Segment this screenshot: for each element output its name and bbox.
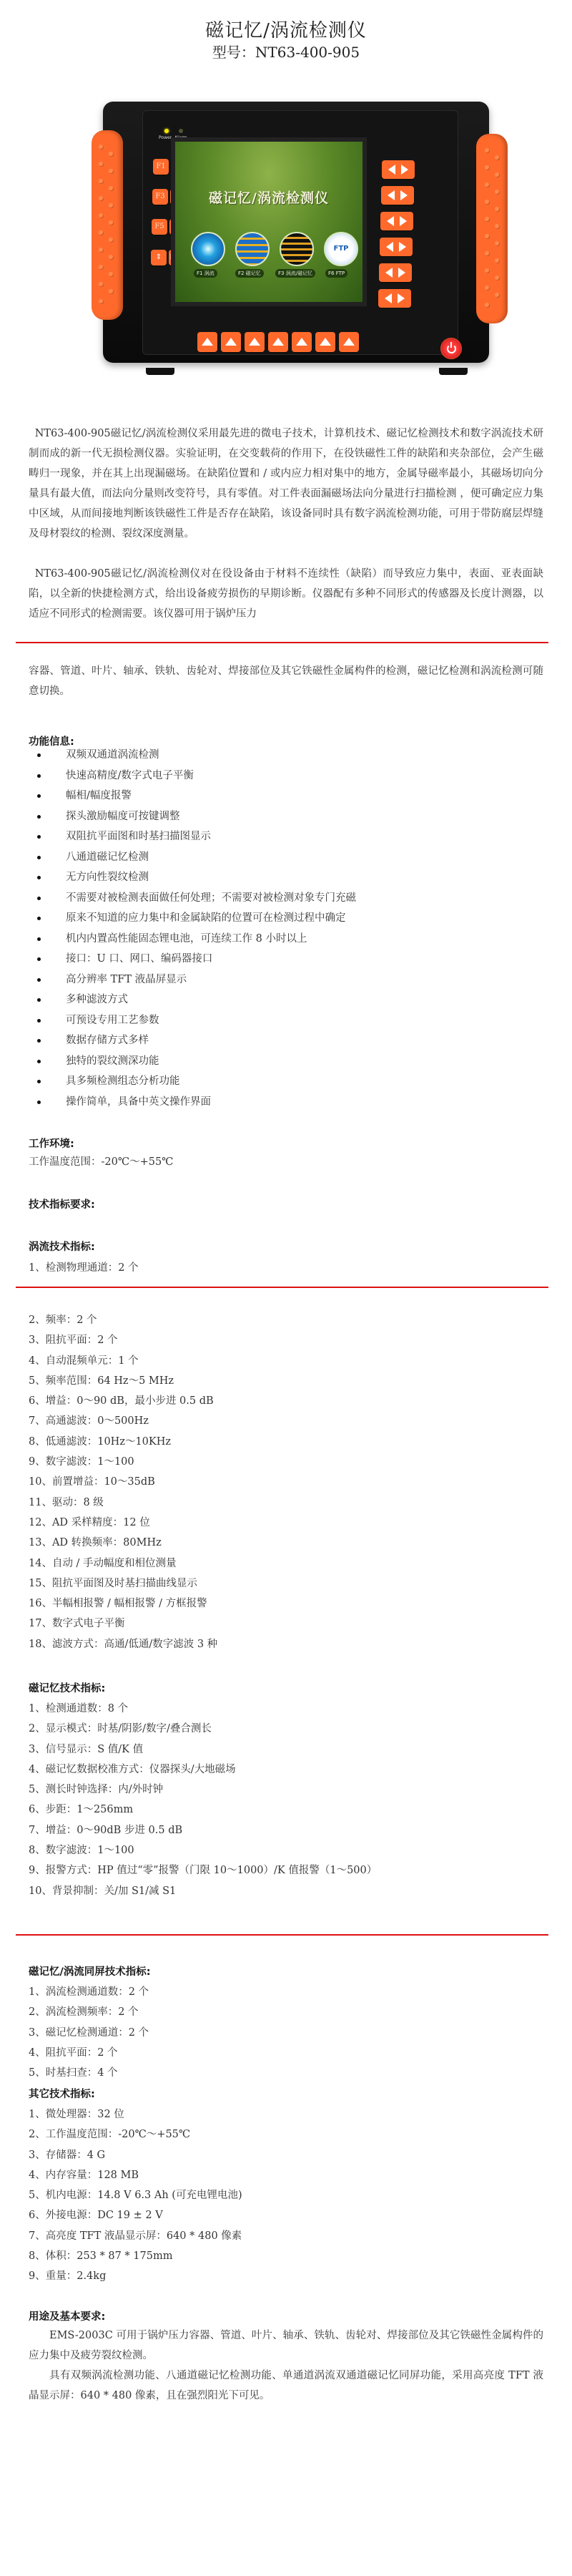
intro-paragraph-2: NT63-400-905磁记忆/涡流检测仪对在役设备由于材料不连续性（缺陷）而导… [29,564,543,624]
arrow-right-icon [398,293,405,303]
list-item: 数据存储方式多样 [29,1030,529,1051]
list-item: 幅相/幅度报警 [29,786,529,806]
list-item: 双频双通道涡流检测 [29,745,529,766]
spec-item: 4、阻抗平面：2 个 [29,2043,529,2063]
alarm-led-icon [179,129,183,133]
grip-dot [99,179,103,183]
spec-item: 17、数字式电子平衡 [29,1614,529,1634]
divider [16,642,548,643]
device-screen: 磁记忆/涡流检测仪 FTP F1 涡流 F2 磁记忆 F3 涡流/磁记忆 F6 … [171,137,367,306]
f3-key[interactable]: F3 [152,189,168,205]
list-item: 可预设专用工艺参数 [29,1010,529,1031]
list-item: 不需要对被检测表面做任何处理；不需要对被检测对象专门充磁 [29,888,529,909]
spec-item: 3、信号显示：S 值/K 值 [29,1740,543,1760]
spec-item: 14、自动 / 手动幅度和相位测量 [29,1553,529,1574]
grip-dot [99,282,103,286]
grip-dot [109,238,113,242]
arrow-right-icon [398,268,405,278]
arrow-up-icon [249,338,260,346]
grip-dot [495,155,499,160]
list-item: 多种滤波方式 [29,990,529,1010]
intro-paragraph-3: 容器、管道、叶片、轴承、铁轨、齿轮对、焊接部位及其它铁磁性金属构件的检测，磁记忆… [29,661,543,701]
left-right-key[interactable] [379,263,412,282]
intro-paragraph-1: NT63-400-905磁记忆/涡流检测仪采用最先进的微电子技术，计算机技术、磁… [29,424,543,544]
soft-key-4[interactable] [268,332,288,352]
usage-paragraph-2: 具有双频涡流检测功能、八通道磁记忆检测功能、单通道涡流双通道磁记忆同屏功能，采用… [29,2366,543,2406]
spec-item: 18、滤波方式：高通/低通/数字滤波 3 种 [29,1634,529,1654]
list-item: 原来不知道的应力集中和金属缺陷的位置可在检测过程中确定 [29,908,529,929]
power-led-label: Power [159,135,172,140]
spec-item: 15、阻抗平面图及时基扫描曲线显示 [29,1574,529,1594]
spec-item: 16、半幅相报警 / 幅相报警 / 方框报警 [29,1594,529,1614]
arrow-right-icon [399,242,406,252]
environment-heading: 工作环境: [29,1136,74,1151]
divider [16,1934,548,1936]
ftp-globe-icon[interactable]: FTP [324,232,358,266]
grip-dot [99,196,103,200]
grip-dot [99,162,103,166]
arrow-left-icon [388,165,395,175]
spec-item: 1、检测通道数：8 个 [29,1699,543,1719]
up-down-key-icon[interactable]: ⇕ [151,250,167,265]
spec-item: 5、机内电源：14.8 V 6.3 Ah (可充电锂电池) [29,2185,529,2205]
grip-dot [495,207,499,211]
grip-dot [495,190,499,194]
list-item: 八通道磁记忆检测 [29,847,529,868]
grip-dot [109,203,113,208]
list-item: 接口：U 口、网口、编码器接口 [29,949,529,970]
list-item: 操作简单，具备中英文操作界面 [29,1092,529,1113]
f5-key[interactable]: F5 [152,219,167,235]
page-title: 磁记忆/涡流检测仪 [0,16,572,42]
grip-dot [485,234,489,238]
spec-item: 7、增益：0～90dB 步进 0.5 dB [29,1820,543,1840]
soft-key-2[interactable] [221,332,241,352]
spec-item: 3、阻抗平面：2 个 [29,1330,529,1350]
divider [16,1287,548,1288]
spec-item: 11、驱动：8 级 [29,1493,529,1513]
spec-item: 12、AD 采样精度：12 位 [29,1513,529,1533]
soft-key-6[interactable] [315,332,335,352]
arrow-up-icon [320,338,331,346]
grip-dot [485,200,489,204]
left-right-key[interactable] [381,186,414,205]
spec-item: 2、频率：2 个 [29,1310,529,1330]
mode-label-eddy: F1 涡流 [194,269,217,278]
soft-key-5[interactable] [292,332,312,352]
grip-dot [485,286,489,290]
spec-item: 8、低通滤波：10Hz～10KHz [29,1432,529,1452]
spec-item: 7、高通滤波：0～500Hz [29,1411,529,1431]
spec-item: 3、存储器：4 G [29,2145,529,2165]
list-item: 探头激励幅度可按键调整 [29,806,529,827]
grip-dot [109,169,113,173]
spec-item: 3、磁记忆检测通道：2 个 [29,2023,529,2043]
spec-item: 9、数字滤波：1～100 [29,1452,529,1472]
arrow-up-icon [225,338,237,346]
device-foot [146,368,174,375]
eddy-specs-heading: 涡流技术指标: [29,1239,95,1254]
mode-label-magnetic: F2 磁记忆 [235,269,264,278]
usage-heading: 用途及基本要求: [29,2308,105,2323]
grip-dot [485,251,489,255]
left-right-key[interactable] [380,238,413,256]
grip-dot [99,213,103,218]
arrow-up-icon [296,338,307,346]
list-item: 无方向性裂纹检测 [29,867,529,888]
spec-item: 4、自动混频单元：1 个 [29,1351,529,1371]
grip-dot [495,293,499,297]
grip-dot [99,248,103,252]
spec-item: 6、步距：1～256mm [29,1800,543,1820]
grip-dot [485,148,489,152]
grip-dot [109,272,113,276]
grip-dot [495,241,499,245]
spec-item: 1、检测物理通道：2 个 [29,1258,139,1278]
f1-key[interactable]: F1 [153,159,169,175]
other-specs-heading: 其它技术指标: [29,2086,95,2101]
grip-dot [485,217,489,221]
spec-item: 8、体积：253 * 87 * 175mm [29,2246,529,2266]
grip-dot [485,303,489,307]
grip-dot [109,289,113,293]
arrow-up-icon [343,338,355,346]
left-right-key[interactable] [378,289,411,308]
list-item: 独特的裂纹测深功能 [29,1051,529,1072]
magnetic-specs-heading: 磁记忆技术指标: [29,1680,105,1695]
eddy-specs-list: 2、频率：2 个 3、阻抗平面：2 个 4、自动混频单元：1 个 5、频率范围：… [29,1310,529,1654]
grip-dot [109,255,113,259]
grip-dot [495,172,499,177]
mode-label-combined: F3 涡流/磁记忆 [275,269,315,278]
list-item: 机内内置高性能固态锂电池，可连续工作 8 小时以上 [29,929,529,950]
left-right-key[interactable] [380,212,413,230]
grip-dot [109,220,113,225]
spec-item: 1、微处理器：32 位 [29,2104,529,2124]
grip-dot [99,299,103,303]
spec-item: 2、工作温度范围：-20℃～+55℃ [29,2124,529,2145]
screen-title: 磁记忆/涡流检测仪 [175,187,363,207]
soft-key-1[interactable] [197,332,217,352]
device-foot [439,368,468,375]
spec-item: 5、频率范围：64 Hz～5 MHz [29,1371,529,1391]
left-right-key[interactable] [382,160,415,179]
device-image: Power Alarm F1 F2 F3 F4 F5 F6 ⇕ ESC 磁记忆/… [92,94,506,374]
soft-key-7[interactable] [339,332,359,352]
arrow-left-icon [385,293,392,303]
operating-temperature: 工作温度范围：-20℃～+55℃ [29,1152,173,1172]
grip-dot [99,230,103,235]
spec-item: 5、时基扫查：4 个 [29,2063,529,2083]
arrow-left-icon [387,216,394,226]
arrow-left-icon [388,190,395,200]
soft-key-3[interactable] [245,332,265,352]
arrow-right-icon [400,190,408,200]
vortex-icon[interactable] [191,232,225,266]
spec-item: 2、显示模式：时基/阴影/数字/叠合测长 [29,1719,543,1739]
dual-screen-specs-heading: 磁记忆/涡流同屏技术指标: [29,1963,151,1979]
spec-item: 7、高亮度 TFT 液晶显示屏：640 * 480 像素 [29,2226,529,2246]
dual-screen-specs-list: 1、涡流检测通道数：2 个 2、涡流检测频率：2 个 3、磁记忆检测通道：2 个… [29,1982,529,2083]
arrow-right-icon [400,216,407,226]
mode-label-ftp: F6 FTP [325,269,347,278]
spec-item: 8、数字滤波：1～100 [29,1840,543,1860]
device-shell: Power Alarm F1 F2 F3 F4 F5 F6 ⇕ ESC 磁记忆/… [103,102,489,363]
arrow-left-icon [385,268,393,278]
grip-dot [485,165,489,170]
other-specs-list: 1、微处理器：32 位 2、工作温度范围：-20℃～+55℃ 3、存储器：4 G… [29,2104,529,2287]
power-led-icon [164,129,169,133]
spec-item: 5、测长时钟选择：内/外时钟 [29,1780,543,1800]
grip-dot [99,145,103,149]
usage-paragraph-1: EMS-2003C 可用于锅炉压力容器、管道、叶片、轴承、铁轨、齿轮对、焊接部位… [29,2326,543,2366]
left-grip [92,130,123,320]
model-number: 型号：NT63-400-905 [0,41,572,62]
grip-dot [485,268,489,273]
spec-item: 9、重量：2.4kg [29,2266,529,2286]
right-grip [476,134,508,323]
tech-requirements-heading: 技术指标要求: [29,1196,95,1211]
arrow-right-icon [401,165,408,175]
grip-dot [495,224,499,228]
grip-dot [99,265,103,269]
grip-dot [495,275,499,280]
list-item: 快速高精度/数字式电子平衡 [29,766,529,786]
spec-item: 4、内存容量：128 MB [29,2165,529,2185]
spec-item: 2、涡流检测频率：2 个 [29,2002,529,2022]
power-button-icon[interactable] [440,338,462,359]
features-list: 双频双通道涡流检测 快速高精度/数字式电子平衡 幅相/幅度报警 探头激励幅度可按… [29,745,529,1112]
spec-item: 1、涡流检测通道数：2 个 [29,1982,529,2002]
spec-item: 10、背景抑制：关/加 S1/减 S1 [29,1881,543,1901]
spec-item: 13、AD 转换频率：80MHz [29,1533,529,1553]
grip-dot [109,152,113,156]
arrow-up-icon [202,338,213,346]
arrow-up-icon [272,338,284,346]
grip-dot [485,182,489,187]
spec-item: 6、外接电源：DC 19 ± 2 V [29,2205,529,2225]
magnetic-specs-list: 1、检测通道数：8 个 2、显示模式：时基/阴影/数字/叠合测长 3、信号显示：… [29,1699,543,1901]
grip-dot [495,258,499,263]
grip-dot [109,186,113,190]
spec-item: 6、增益：0～90 dB，最小步进 0.5 dB [29,1391,529,1411]
list-item: 具多频检测组态分析功能 [29,1071,529,1092]
list-item: 双阻抗平面图和时基扫描图显示 [29,826,529,847]
signal-trace-icon[interactable] [280,232,314,266]
spec-item: 10、前置增益：10～35dB [29,1472,529,1492]
list-item: 高分辨率 TFT 液晶屏显示 [29,970,529,990]
waveform-icon[interactable] [235,232,270,266]
spec-item: 4、磁记忆数据校准方式：仪器探头/大地磁场 [29,1760,543,1780]
arrow-left-icon [386,242,393,252]
spec-item: 9、报警方式：HP 值过“零”报警（门限 10～1000）/K 值报警（1～50… [29,1860,543,1880]
